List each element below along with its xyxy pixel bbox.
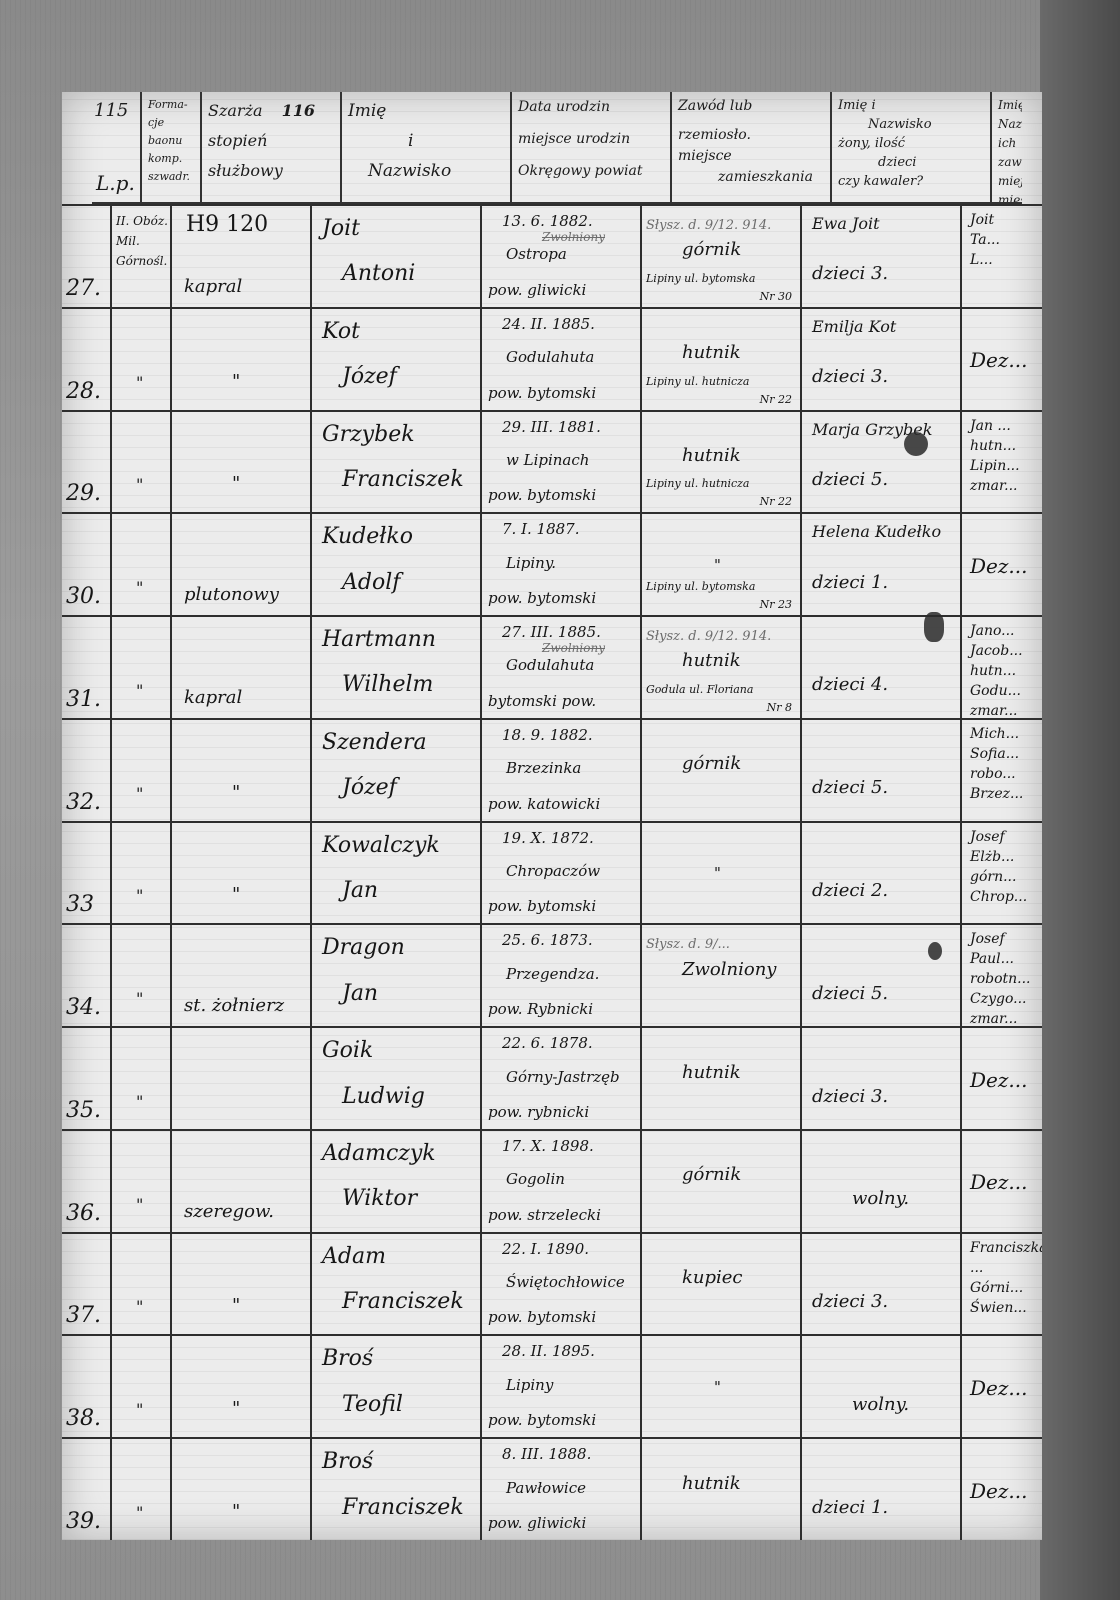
residence-number: Nr 22 (760, 495, 792, 508)
residence: Godula ul. Floriana (646, 683, 753, 696)
birth-date: 25. 6. 1873. (502, 931, 593, 949)
rank-cell: " (172, 720, 312, 821)
birth-cell: 18. 9. 1882.Brzezinkapow. katowicki (482, 720, 642, 821)
wife-children-cell: dzieci 3. (802, 1234, 962, 1335)
birth-date: 29. III. 1881. (502, 418, 601, 436)
entry-number: 27. (62, 206, 112, 307)
rank-cell: " (172, 823, 312, 924)
header-unit-line: Forma- (148, 96, 194, 114)
unit-cell: " (112, 1234, 172, 1335)
header-unit-line: komp. (148, 150, 194, 168)
header-rank-line: stopień (208, 126, 334, 156)
children-count: dzieci 4. (812, 674, 888, 695)
register-row: 28.""KotJózef24. II. 1885.Godulahutapow.… (62, 307, 1042, 410)
birth-date-note: Zwolniony (542, 230, 605, 244)
children-count: dzieci 3. (812, 1291, 888, 1312)
residence: Lipiny ul. bytomska (646, 272, 755, 285)
name-cell: SzenderaJózef (312, 720, 482, 821)
unit-ditto: " (136, 784, 143, 803)
extra-text: hutn... (970, 663, 1016, 679)
extra-text: Lipin... (970, 458, 1020, 474)
unit-cell: " (112, 823, 172, 924)
occupation: hutnik (682, 650, 741, 671)
birth-cell: 28. II. 1895.Lipinypow. bytomski (482, 1336, 642, 1437)
extra-text: górn... (970, 869, 1016, 885)
birth-date: 17. X. 1898. (502, 1137, 594, 1155)
occupation-note: Słysz. d. 9/12. 914. (646, 629, 771, 644)
unit-cell: " (112, 1131, 172, 1232)
extra-text: Brzez... (970, 786, 1023, 802)
entry-number-text: 29. (66, 481, 101, 506)
header-occupation-line: zamieszkania (678, 167, 824, 188)
register-row: 30."plutonowyKudełkoAdolf7. I. 1887.Lipi… (62, 512, 1042, 615)
rank-ditto: " (232, 1501, 240, 1522)
name-cell: BrośTeofil (312, 1336, 482, 1437)
birth-district: pow. bytomski (488, 897, 596, 915)
register-row: 39.""BrośFranciszek8. III. 1888.Pawłowic… (62, 1437, 1042, 1540)
register-table: 27.II. Obóz.Mil.Górnośl.H9 120kapralJoit… (62, 204, 1042, 1540)
register-row: 34."st. żołnierzDragonJan25. 6. 1873.Prz… (62, 923, 1042, 1026)
rank-text: st. żołnierz (184, 995, 284, 1016)
rank-ditto: " (232, 1295, 240, 1316)
unit-ditto: " (136, 1297, 143, 1316)
header-occupation-line: Zawód lub (678, 96, 824, 117)
ink-blot (928, 942, 942, 960)
rank-cell: kapral (172, 617, 312, 718)
occupation-cell: hutnikLipiny ul. hutniczaNr 22 (642, 309, 802, 410)
birth-district: pow. bytomski (488, 384, 596, 402)
wife-children-cell: dzieci 2. (802, 823, 962, 924)
rank-ditto: " (232, 371, 240, 392)
header-birth: Data urodzin miejsce urodzin Okręgowy po… (512, 92, 672, 202)
given-name: Józef (342, 364, 397, 389)
wife-children-cell: dzieci 1. (802, 1439, 962, 1540)
entry-number: 35. (62, 1028, 112, 1129)
surname: Hartmann (322, 627, 436, 652)
name-cell: GrzybekFranciszek (312, 412, 482, 513)
wife-children-cell: dzieci 5. (802, 720, 962, 821)
extra-text: Franciszka (970, 1240, 1042, 1256)
header-extra-line: Nazwis (998, 115, 1016, 134)
birth-place: Godulahuta (506, 348, 594, 366)
extra-text: ... (970, 1260, 983, 1276)
extra-text: hutn... (970, 438, 1016, 454)
extra-text: Dez... (970, 348, 1027, 372)
extra-text: Czygo... (970, 991, 1027, 1007)
extra-text: Dez... (970, 554, 1027, 578)
header-wife-line: Imię i (838, 96, 984, 115)
birth-district: pow. bytomski (488, 589, 596, 607)
extra-text: Dez... (970, 1170, 1027, 1194)
occupation-cell: "Lipiny ul. bytomskaNr 23 (642, 514, 802, 615)
given-name: Jan (342, 981, 378, 1006)
rank-cell: st. żołnierz (172, 925, 312, 1026)
residence: Lipiny ul. hutnicza (646, 375, 749, 388)
birth-place: Górny-Jastrzęb (506, 1068, 620, 1086)
birth-place: Pawłowice (506, 1479, 586, 1497)
given-name: Franciszek (342, 1289, 464, 1314)
unit-cell: " (112, 1336, 172, 1437)
register-row: 27.II. Obóz.Mil.Górnośl.H9 120kapralJoit… (62, 204, 1042, 307)
birth-date: 28. II. 1895. (502, 1342, 595, 1360)
entry-number: 39. (62, 1439, 112, 1540)
children-count: dzieci 3. (812, 366, 888, 387)
unit-cell: " (112, 617, 172, 718)
occupation-ditto: " (714, 864, 721, 882)
extra-text: Dez... (970, 1479, 1027, 1503)
rank-cell: " (172, 309, 312, 410)
name-cell: BrośFranciszek (312, 1439, 482, 1540)
extra-text: Josef (970, 829, 1005, 845)
wife-children-cell: Helena Kudełkodzieci 1. (802, 514, 962, 615)
entry-number-text: 32. (66, 790, 101, 815)
unit-ditto: " (136, 1195, 143, 1214)
birth-date: 18. 9. 1882. (502, 726, 593, 744)
unit-cell: II. Obóz.Mil.Górnośl. (112, 206, 172, 307)
birth-place: Chropaczów (506, 862, 600, 880)
birth-cell: 25. 6. 1873.Przegendza.pow. Rybnicki (482, 925, 642, 1026)
marital-status: wolny. (852, 1394, 909, 1415)
given-name: Franciszek (342, 1495, 464, 1520)
occupation: Zwolniony (682, 959, 776, 980)
wife-children-cell: dzieci 5. (802, 925, 962, 1026)
page-number-right: 116 (282, 101, 315, 120)
birth-date: 22. 6. 1878. (502, 1034, 593, 1052)
header-occupation-line: rzemiosło. (678, 125, 824, 146)
surname: Kot (322, 319, 360, 344)
given-name: Adolf (342, 570, 400, 595)
header-unit-line: cje (148, 114, 194, 132)
entry-number: 33 (62, 823, 112, 924)
header-wife: Imię i Nazwisko żony, ilość dzieci czy k… (832, 92, 992, 202)
children-count: dzieci 5. (812, 469, 888, 490)
wife-children-cell: Ewa Joitdzieci 3. (802, 206, 962, 307)
header-name-line: Nazwisko (348, 156, 504, 186)
name-cell: KowalczykJan (312, 823, 482, 924)
extra-text: Dez... (970, 1376, 1027, 1400)
birth-place: Lipiny. (506, 554, 556, 572)
register-row: 35."GoikLudwig22. 6. 1878.Górny-Jastrzęb… (62, 1026, 1042, 1129)
given-name: Wilhelm (342, 672, 433, 697)
header-wife-line: dzieci (838, 153, 984, 172)
scan-edge-shadow (1040, 0, 1120, 1600)
occupation: hutnik (682, 342, 741, 363)
unit-ditto: " (136, 886, 143, 905)
register-row: 29.""GrzybekFranciszek29. III. 1881.w Li… (62, 410, 1042, 513)
children-count: dzieci 1. (812, 1497, 888, 1518)
name-cell: HartmannWilhelm (312, 617, 482, 718)
entry-number-text: 35. (66, 1098, 101, 1123)
unit-ditto: " (136, 1092, 143, 1111)
register-row: 37.""AdamFranciszek22. I. 1890.Świętochł… (62, 1232, 1042, 1335)
register-row: 36."szeregow.AdamczykWiktor17. X. 1898.G… (62, 1129, 1042, 1232)
birth-cell: 7. I. 1887.Lipiny.pow. bytomski (482, 514, 642, 615)
wife-name: Helena Kudełko (812, 522, 941, 541)
residence-number: Nr 22 (760, 393, 792, 406)
birth-place: Ostropa (506, 245, 567, 263)
entry-number: 30. (62, 514, 112, 615)
surname: Broś (322, 1346, 373, 1371)
birth-date-note: Zwolniony (542, 641, 605, 655)
birth-cell: 29. III. 1881.w Lipinachpow. bytomski (482, 412, 642, 513)
extra-cell: Dez... (962, 1131, 1042, 1232)
occupation: kupiec (682, 1267, 743, 1288)
wife-name: Ewa Joit (812, 214, 880, 233)
table-header: 115 L.p. Forma- cje baonu komp. szwadr. … (92, 92, 1022, 204)
entry-number-text: 39. (66, 1509, 101, 1534)
given-name: Teofil (342, 1392, 403, 1417)
unit-cell: " (112, 514, 172, 615)
birth-place: Gogolin (506, 1170, 565, 1188)
surname: Dragon (322, 935, 405, 960)
occupation-cell: hutnikLipiny ul. hutniczaNr 22 (642, 412, 802, 513)
page-number-left: 115 (94, 100, 128, 122)
extra-text: Jano... (970, 623, 1015, 639)
unit-cell: " (112, 1028, 172, 1129)
rank-cell: szeregow. (172, 1131, 312, 1232)
header-extra-line: Imię (998, 96, 1016, 115)
surname: Adam (322, 1244, 386, 1269)
surname: Kowalczyk (322, 833, 440, 858)
extra-cell: Jan ...hutn...Lipin...zmar... (962, 412, 1042, 513)
entry-number-text: 30. (66, 584, 101, 609)
wife-children-cell: Emilja Kotdzieci 3. (802, 309, 962, 410)
unit-ditto: " (136, 578, 143, 597)
entry-number-text: 38. (66, 1406, 101, 1431)
header-birth-line: Okręgowy powiat (518, 160, 664, 182)
extra-cell: Dez... (962, 1336, 1042, 1437)
extra-text: Josef (970, 931, 1005, 947)
surname: Szendera (322, 730, 427, 755)
surname: Broś (322, 1449, 373, 1474)
entry-number-text: 33 (66, 892, 94, 917)
rank-cell: plutonowy (172, 514, 312, 615)
header-wife-line: Nazwisko (838, 115, 984, 134)
birth-cell: 22. 6. 1878.Górny-Jastrzębpow. rybnicki (482, 1028, 642, 1129)
occupation-cell: " (642, 1336, 802, 1437)
extra-cell: Mich...Sofia...robo...Brzez... (962, 720, 1042, 821)
unit-ditto: " (136, 1503, 143, 1522)
birth-date: 8. III. 1888. (502, 1445, 591, 1463)
occupation: górnik (682, 239, 741, 260)
birth-place: Przegendza. (506, 965, 599, 983)
wife-children-cell: wolny. (802, 1336, 962, 1437)
rank-cell: " (172, 1336, 312, 1437)
birth-district: pow. rybnicki (488, 1103, 589, 1121)
unit-ditto: " (136, 681, 143, 700)
rank-cell: " (172, 412, 312, 513)
unit-ditto: " (136, 373, 143, 392)
entry-number-text: 34. (66, 995, 101, 1020)
birth-cell: 8. III. 1888.Pawłowicepow. gliwicki (482, 1439, 642, 1540)
rank-cell: " (172, 1439, 312, 1540)
rank-cell: H9 120kapral (172, 206, 312, 307)
occupation-cell: hutnik (642, 1439, 802, 1540)
surname: Joit (322, 216, 360, 241)
extra-text: Ta... (970, 232, 1000, 248)
occupation-cell: " (642, 823, 802, 924)
extra-text: zmar... (970, 478, 1018, 494)
header-name-line: i (348, 126, 504, 156)
unit-ditto: " (136, 989, 143, 1008)
birth-date: 24. II. 1885. (502, 315, 595, 333)
unit-cell: " (112, 412, 172, 513)
given-name: Ludwig (342, 1084, 425, 1109)
extra-text: zmar... (970, 703, 1018, 718)
register-row: 38.""BrośTeofil28. II. 1895.Lipinypow. b… (62, 1334, 1042, 1437)
register-row: 31."kapralHartmannWilhelm27. III. 1885.Z… (62, 615, 1042, 718)
unit-number: H9 120 (186, 212, 268, 237)
occupation: hutnik (682, 1473, 741, 1494)
given-name: Józef (342, 775, 397, 800)
extra-text: Jan ... (970, 418, 1011, 434)
birth-district: pow. bytomski (488, 1411, 596, 1429)
unit-cell: " (112, 1439, 172, 1540)
rank-ditto: " (232, 782, 240, 803)
header-birth-line: miejsce urodzin (518, 128, 664, 150)
extra-text: Sofia... (970, 746, 1019, 762)
birth-place: w Lipinach (506, 451, 589, 469)
header-unit-line: baonu (148, 132, 194, 150)
entry-number: 34. (62, 925, 112, 1026)
birth-cell: 24. II. 1885.Godulahutapow. bytomski (482, 309, 642, 410)
children-count: dzieci 5. (812, 983, 888, 1004)
wife-children-cell: wolny. (802, 1131, 962, 1232)
unit-text: II. Obóz. (116, 214, 168, 228)
register-row: 32.""SzenderaJózef18. 9. 1882.Brzezinkap… (62, 718, 1042, 821)
entry-number-text: 37. (66, 1303, 101, 1328)
header-name: Imię i Nazwisko (342, 92, 512, 202)
surname: Goik (322, 1038, 373, 1063)
residence: Lipiny ul. bytomska (646, 580, 755, 593)
unit-cell: " (112, 720, 172, 821)
children-count: dzieci 3. (812, 1086, 888, 1107)
occupation-cell: Słysz. d. 9/...Zwolniony (642, 925, 802, 1026)
header-unit-line: szwadr. (148, 168, 194, 186)
rank-ditto: " (232, 473, 240, 494)
extra-text: robo... (970, 766, 1016, 782)
birth-district: pow. strzelecki (488, 1206, 601, 1224)
residence-number: Nr 8 (767, 701, 792, 714)
occupation-cell: Słysz. d. 9/12. 914.górnikLipiny ul. byt… (642, 206, 802, 307)
header-wife-line: czy kawaler? (838, 172, 984, 191)
wife-name: Emilja Kot (812, 317, 896, 336)
entry-number: 38. (62, 1336, 112, 1437)
name-cell: KudełkoAdolf (312, 514, 482, 615)
entry-number: 32. (62, 720, 112, 821)
rank-cell (172, 1028, 312, 1129)
rank-text: szeregow. (184, 1201, 274, 1222)
ink-blot (924, 612, 944, 642)
header-birth-line: Data urodzin (518, 96, 664, 118)
register-row: 33""KowalczykJan19. X. 1872.Chropaczówpo… (62, 821, 1042, 924)
extra-cell: Dez... (962, 514, 1042, 615)
name-cell: GoikLudwig (312, 1028, 482, 1129)
birth-place: Brzezinka (506, 759, 581, 777)
unit-ditto: " (136, 1400, 143, 1419)
extra-text: Mich... (970, 726, 1019, 742)
header-rank-line: Szarża (208, 101, 263, 120)
occupation: górnik (682, 1164, 741, 1185)
given-name: Jan (342, 878, 378, 903)
surname: Adamczyk (322, 1141, 436, 1166)
name-cell: KotJózef (312, 309, 482, 410)
extra-text: Chrop... (970, 889, 1027, 905)
occupation: hutnik (682, 1062, 741, 1083)
header-wife-line: żony, ilość (838, 134, 984, 153)
header-extra-line: miesz. (998, 191, 1016, 202)
unit-ditto: " (136, 475, 143, 494)
residence-number: Nr 23 (760, 598, 792, 611)
birth-cell: 13. 6. 1882.ZwolnionyOstropapow. gliwick… (482, 206, 642, 307)
rank-text: plutonowy (184, 584, 279, 605)
given-name: Wiktor (342, 1186, 417, 1211)
birth-date: 22. I. 1890. (502, 1240, 589, 1258)
header-lp: 115 L.p. (92, 92, 142, 202)
extra-cell: Dez... (962, 1439, 1042, 1540)
header-extra-line: ich zaw (998, 134, 1016, 172)
children-count: dzieci 2. (812, 880, 888, 901)
occupation: górnik (682, 753, 741, 774)
birth-cell: 19. X. 1872.Chropaczówpow. bytomski (482, 823, 642, 924)
extra-cell: JosefPaul...robotn...Czygo...zmar... (962, 925, 1042, 1026)
ink-blot (904, 432, 928, 456)
extra-text: Joit (970, 212, 994, 228)
birth-district: bytomski pow. (488, 692, 596, 710)
entry-number-text: 31. (66, 687, 101, 712)
extra-cell: JoitTa...L... (962, 206, 1042, 307)
birth-date: 19. X. 1872. (502, 829, 594, 847)
birth-date: 27. III. 1885. (502, 623, 601, 641)
occupation-note: Słysz. d. 9/... (646, 937, 730, 952)
birth-date: 7. I. 1887. (502, 520, 579, 538)
extra-text: robotn... (970, 971, 1031, 987)
occupation-cell: Słysz. d. 9/12. 914.hutnikGodula ul. Flo… (642, 617, 802, 718)
occupation-cell: górnik (642, 1131, 802, 1232)
entry-number: 37. (62, 1234, 112, 1335)
occupation-cell: hutnik (642, 1028, 802, 1129)
name-cell: AdamczykWiktor (312, 1131, 482, 1232)
residence: Lipiny ul. hutnicza (646, 477, 749, 490)
header-rank-line: służbowy (208, 156, 334, 186)
entry-number-text: 27. (66, 276, 101, 301)
entry-number-text: 28. (66, 379, 101, 404)
surname: Kudełko (322, 524, 413, 549)
children-count: dzieci 3. (812, 263, 888, 284)
birth-place: Lipiny (506, 1376, 553, 1394)
residence-number: Nr 30 (760, 290, 792, 303)
wife-children-cell: dzieci 3. (802, 1028, 962, 1129)
extra-text: Jacob... (970, 643, 1023, 659)
birth-date: 13. 6. 1882. (502, 212, 593, 230)
occupation-cell: kupiec (642, 1234, 802, 1335)
extra-cell: Dez... (962, 1028, 1042, 1129)
rank-ditto: " (232, 1398, 240, 1419)
unit-text: Górnośl. (116, 254, 167, 268)
entry-number: 31. (62, 617, 112, 718)
children-count: dzieci 5. (812, 777, 888, 798)
occupation-cell: górnik (642, 720, 802, 821)
extra-text: L... (970, 252, 993, 268)
birth-district: pow. gliwicki (488, 1514, 586, 1532)
marital-status: wolny. (852, 1188, 909, 1209)
occupation-note: Słysz. d. 9/12. 914. (646, 218, 771, 233)
birth-cell: 17. X. 1898.Gogolinpow. strzelecki (482, 1131, 642, 1232)
birth-place: Godulahuta (506, 656, 594, 674)
extra-text: Górni... (970, 1280, 1023, 1296)
occupation: hutnik (682, 445, 741, 466)
occupation-ditto: " (714, 556, 721, 574)
